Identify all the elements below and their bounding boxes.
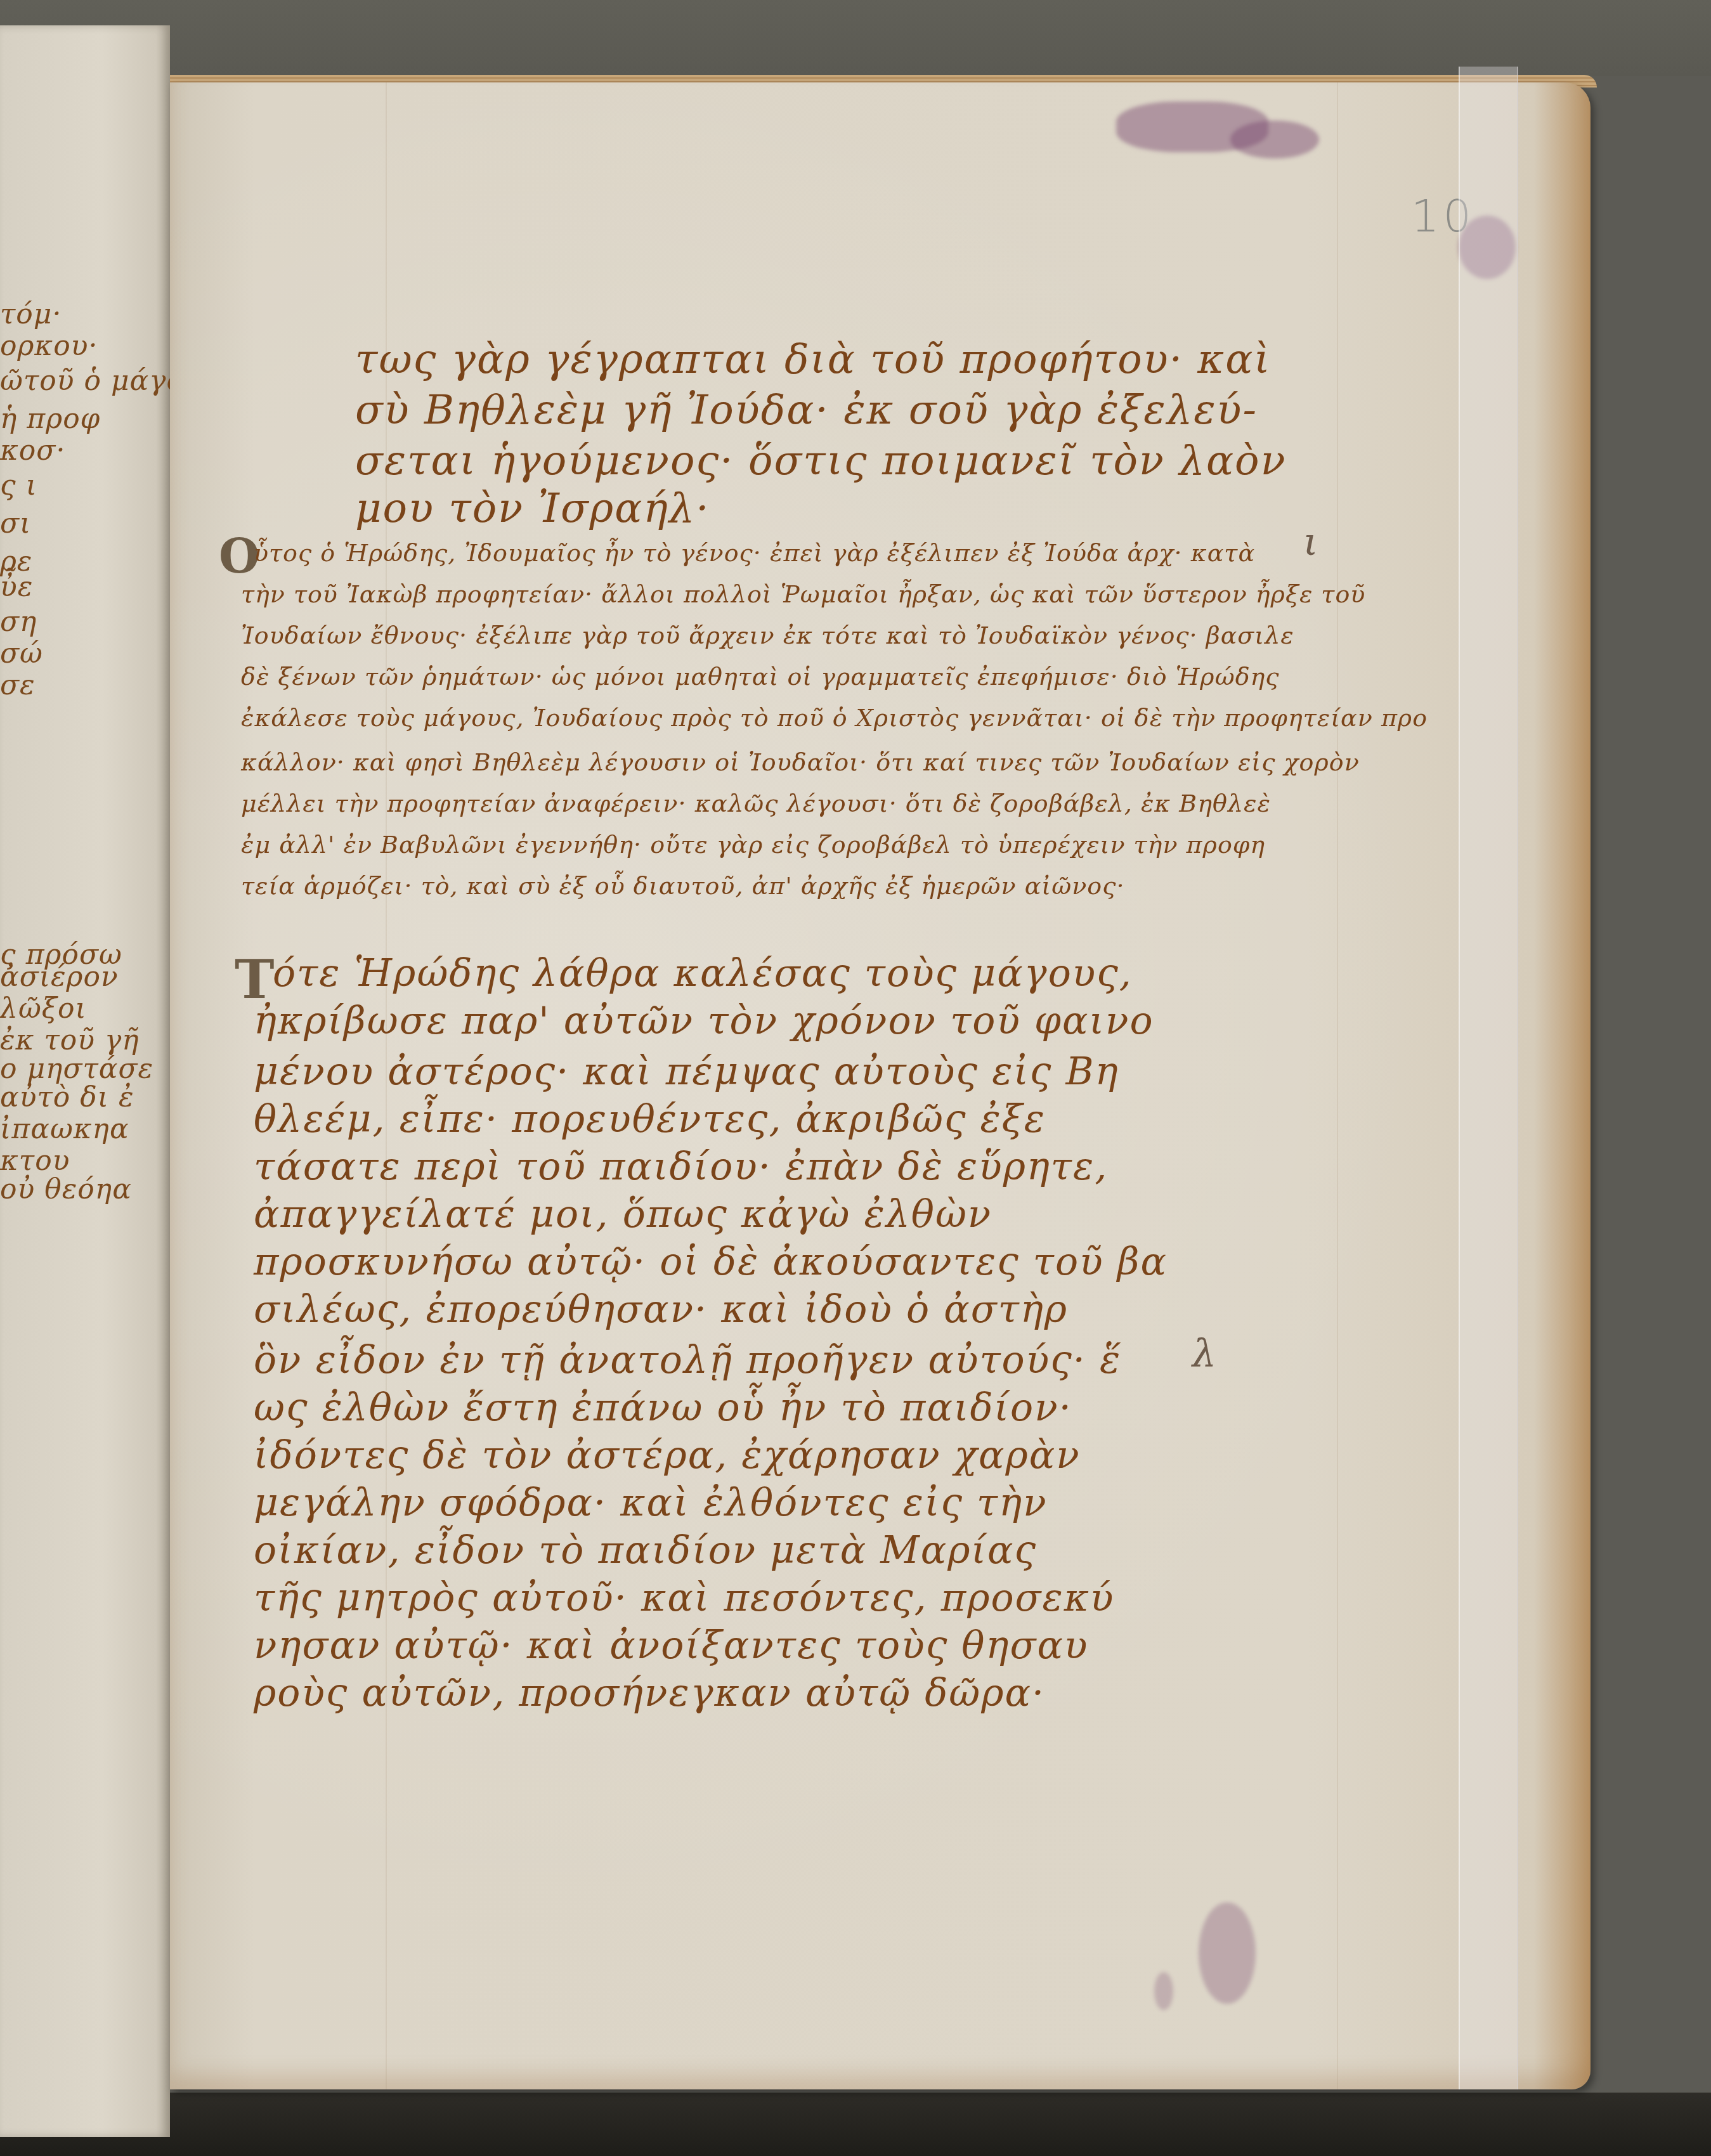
gospel-line: ἠκρίβωσε παρ' αὐτῶν τὸν χρόνον τοῦ φαινο — [254, 999, 1154, 1043]
margin-mark: λ — [1192, 1332, 1216, 1376]
left-fragment: ὖε — [0, 571, 33, 603]
left-fragment: κοσ· — [0, 434, 65, 467]
commentary-line: κάλλον· καὶ φησὶ Βηθλεὲμ λέγουσιν οἱ Ἰου… — [241, 748, 1360, 776]
left-fragment: οὐ θεόηα — [0, 1173, 132, 1205]
gospel-line: μεγάλην σφόδρα· καὶ ἐλθόντες εἰς τὴν — [254, 1481, 1048, 1525]
gospel-line: ως ἐλθὼν ἔστη ἐπάνω οὗ ἦν τὸ παιδίον· — [254, 1386, 1072, 1430]
left-fragment: τόμ· — [0, 298, 62, 330]
stain — [1199, 1902, 1256, 2004]
left-fragment: ἰπαωκηα — [0, 1113, 129, 1145]
left-fragment: ἡ προφ — [0, 403, 100, 435]
gospel-line: ἰδόντες δὲ τὸν ἀστέρα, ἐχάρησαν χαρὰν — [254, 1433, 1081, 1477]
gospel-line: σιλέως, ἐπορεύθησαν· καὶ ἰδοὺ ὁ ἀστὴρ — [254, 1287, 1068, 1332]
left-fragment: κτου — [0, 1145, 70, 1177]
left-page: τόμ· ορκου· ῶτοῦ ὁ μάγος ἡ προφ κοσ· ς ι… — [0, 25, 170, 2137]
left-fragment: σώ — [0, 637, 43, 670]
left-fragment: λῶξοι — [0, 992, 87, 1025]
commentary-line: τὴν τοῦ Ἰακὼβ προφητείαν· ἄλλοι πολλοὶ Ῥ… — [241, 580, 1365, 608]
conservation-tape — [1459, 67, 1518, 2089]
gospel-line: νησαν αὐτῷ· καὶ ἀνοίξαντες τοὺς θησαυ — [254, 1623, 1088, 1668]
left-fragment: ἀσιέρον — [0, 961, 119, 993]
commentary-line: ὗτος ὁ Ἡρώδης, Ἰδουμαῖος ἦν τὸ γένος· ἐπ… — [254, 539, 1255, 567]
intro-line: μου τὸν Ἰσραήλ· — [355, 485, 710, 532]
left-fragment: ς ι — [0, 469, 37, 502]
intro-line: σὺ Βηθλεὲμ γῆ Ἰούδα· ἐκ σοῦ γὰρ ἐξελεύ- — [355, 387, 1258, 434]
commentary-line: μέλλει τὴν προφητείαν ἀναφέρειν· καλῶς λ… — [241, 789, 1271, 817]
gospel-line: μένου ἀστέρος· καὶ πέμψας αὐτοὺς εἰς Βη — [254, 1049, 1119, 1094]
gospel-line: προσκυνήσω αὐτῷ· οἱ δὲ ἀκούσαντες τοῦ βα — [254, 1240, 1168, 1284]
stain — [1230, 120, 1319, 159]
gospel-line: ότε Ἡρώδης λάθρα καλέσας τοὺς μάγους, — [273, 951, 1133, 996]
background-top — [0, 0, 1711, 76]
gospel-line: ὃν εἶδον ἐν τῇ ἀνατολῇ προῆγεν αὐτούς· ἕ — [254, 1338, 1121, 1382]
commentary-line: Ἰουδαίων ἔθνους· ἐξέλιπε γὰρ τοῦ ἄρχειν … — [241, 621, 1294, 649]
commentary-line: ἐκάλεσε τοὺς μάγους, Ἰουδαίους πρὸς τὸ π… — [241, 704, 1428, 732]
left-fragment: ορκου· — [0, 330, 98, 362]
stain — [1154, 1972, 1173, 2010]
background-bottom — [0, 2093, 1711, 2156]
ruling-line — [1337, 82, 1338, 2089]
gospel-line: ροὺς αὐτῶν, προσήνεγκαν αὐτῷ δῶρα· — [254, 1671, 1045, 1715]
gospel-line: ἀπαγγείλατέ μοι, ὅπως κἀγὼ ἐλθὼν — [254, 1192, 992, 1237]
left-fragment: ἐκ τοῦ γῆ — [0, 1024, 140, 1056]
left-fragment: σε — [0, 669, 36, 701]
left-fragment: αὐτὸ δι ἐ — [0, 1081, 134, 1114]
gospel-line: θλεέμ, εἶπε· πορευθέντες, ἀκριβῶς ἐξε — [254, 1097, 1046, 1141]
gospel-line: τάσατε περὶ τοῦ παιδίου· ἐπὰν δὲ εὕρητε, — [254, 1145, 1108, 1189]
gospel-line: οἰκίαν, εἶδον τὸ παιδίον μετὰ Μαρίας — [254, 1528, 1037, 1573]
intro-line: σεται ἡγούμενος· ὅστις ποιμανεῖ τὸν λαὸν — [355, 438, 1287, 484]
left-fragment: ση — [0, 606, 37, 638]
intro-line: τως γὰρ γέγραπται διὰ τοῦ προφήτου· καὶ — [355, 336, 1272, 383]
left-fragment: σι — [0, 507, 31, 540]
commentary-line: δὲ ξένων τῶν ῥημάτων· ὡς μόνοι μαθηταὶ ο… — [241, 663, 1280, 691]
commentary-line: τεία ἁρμόζει· τὸ, καὶ σὺ ἐξ οὗ διαυτοῦ, … — [241, 872, 1125, 900]
left-fragment: ο μηστάσε — [0, 1053, 153, 1085]
margin-mark: ι — [1303, 520, 1318, 564]
commentary-line: ἐμ ἀλλ' ἐν Βαβυλῶνι ἐγεννήθη· οὔτε γὰρ ε… — [241, 831, 1265, 859]
gospel-line: τῆς μητρὸς αὐτοῦ· καὶ πεσόντες, προσεκύ — [254, 1576, 1115, 1620]
